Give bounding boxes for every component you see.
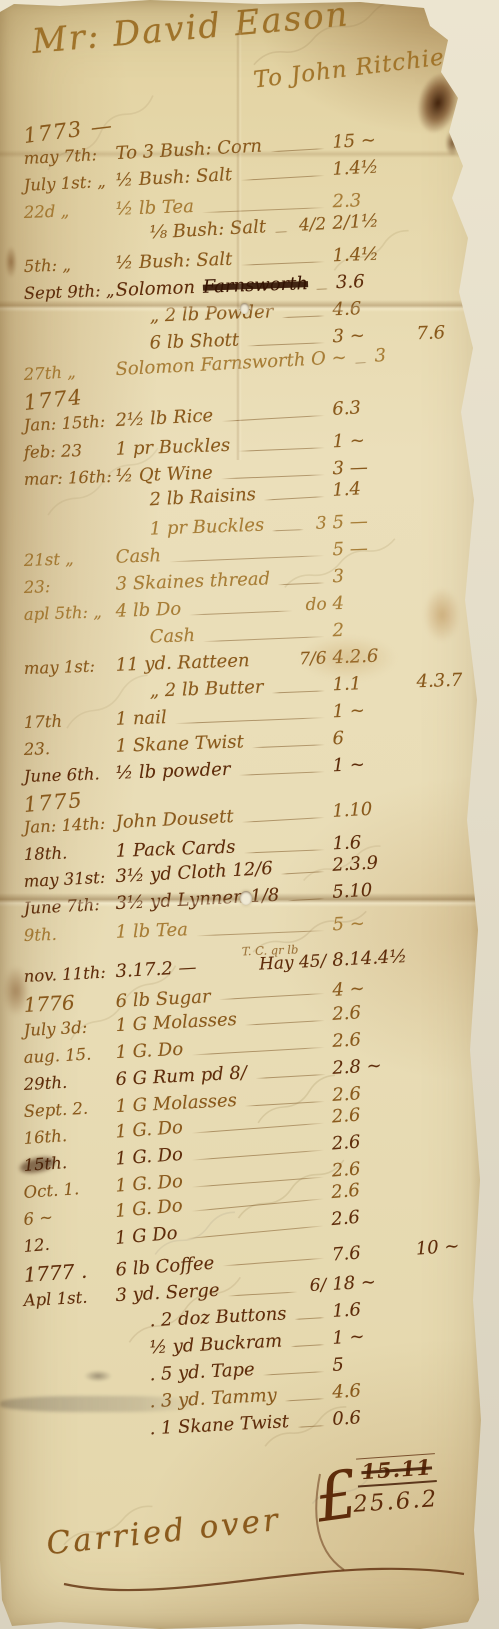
entry-amount: 1.6	[332, 1296, 417, 1321]
entry-date: may 31st:	[23, 867, 116, 891]
leader-line	[247, 342, 325, 346]
entry-date: 18th.	[23, 842, 116, 864]
leader-line	[316, 288, 328, 289]
entry-amount: 1 ~	[332, 1323, 417, 1348]
entry-description: 1 G. Do	[115, 1039, 184, 1064]
entry-amount-secondary	[417, 604, 471, 606]
entry-amount: 2/1½	[332, 208, 417, 233]
entry-amount: 1.4½	[332, 154, 417, 179]
entry-description: ½ Qt Wine	[115, 462, 213, 486]
entry-date	[24, 1382, 116, 1387]
entry-date: June 6th.	[23, 764, 116, 786]
entry-description: 3 yd. Serge	[115, 1280, 220, 1306]
leader-line	[241, 261, 325, 265]
entry-date: Oct. 1.	[23, 1177, 116, 1202]
entry-date: 15th.	[23, 1150, 116, 1175]
entry-date: aug. 15.	[23, 1043, 116, 1067]
entry-amount-secondary	[417, 469, 471, 471]
entry-description: 1 G. Do	[115, 1117, 184, 1143]
entry-date: Jan: 15th:	[23, 411, 116, 435]
entry-amount: 2.6	[332, 1026, 417, 1051]
entry-amount: 2.6	[332, 999, 417, 1024]
entry-date: 16th.	[23, 1123, 116, 1148]
entry-description: 1 G Do	[114, 1223, 178, 1249]
entry-amount-secondary	[416, 1310, 470, 1313]
ledger-content: Mr: David Eason To John Ritchie 1773 — m…	[0, 0, 499, 1614]
entry-description: 4 lb Do	[115, 599, 181, 622]
entry-amount	[332, 369, 416, 378]
entry-amount-secondary	[416, 168, 470, 171]
entry-amount-secondary	[416, 1283, 470, 1286]
entry-description: . 5 yd. Tape	[149, 1359, 255, 1385]
entry-description: Cash	[149, 625, 195, 648]
leader-line	[202, 207, 325, 213]
entry-description: 2 lb Raisins	[149, 484, 256, 511]
entry-amount: 1.4	[332, 475, 417, 500]
leader-line	[228, 1291, 298, 1296]
entry-struck-text: Farnsworth	[203, 273, 309, 298]
entry-amount-secondary	[417, 712, 471, 714]
entry-amount: 1 ~	[332, 428, 417, 452]
entry-date: 23:	[23, 575, 116, 597]
entry-date: 1777 .	[23, 1257, 116, 1287]
entry-amount: 4.6	[332, 1377, 417, 1402]
leader-line	[189, 610, 293, 615]
entry-description: To 3 Bush: Corn	[115, 136, 262, 165]
entry-date: mar: 16th:	[23, 467, 116, 489]
leader-line	[281, 315, 324, 318]
leader-line	[175, 717, 325, 724]
entry-description: 6 lb Coffee	[115, 1253, 215, 1281]
leader-line	[240, 175, 324, 181]
entry-amount-secondary	[416, 1418, 470, 1421]
scanned-ledger-page: { "palette":{ "paper":"#e8dcb2","paper_s…	[0, 0, 499, 1629]
entry-date: Sept. 2.	[23, 1097, 116, 1121]
entry-amount: 5 —	[332, 509, 417, 533]
entry-description: 1 G. Do	[114, 1195, 183, 1222]
entry-description: 1 pr Buckles	[149, 515, 264, 540]
entry-amount-secondary	[416, 1094, 470, 1097]
entry-amount: 2.3.9	[332, 850, 417, 875]
entry-description: 1 pr Buckles	[115, 435, 230, 460]
entry-amount-secondary	[417, 989, 471, 992]
entry-amount: 6	[332, 725, 417, 749]
entry-description: 1 nail	[115, 707, 167, 730]
leader-line	[297, 1425, 324, 1428]
entry-amount-secondary	[417, 442, 471, 444]
entry-amount-secondary	[416, 959, 470, 962]
entry-date: feb: 23	[23, 440, 116, 462]
entry-amount-secondary	[417, 577, 471, 579]
entry-date	[24, 350, 116, 353]
entry-price: 7/6	[299, 648, 327, 669]
entry-amount-secondary	[416, 1337, 470, 1340]
entry-amount-secondary	[416, 773, 470, 778]
entry-amount-secondary	[417, 310, 471, 312]
entry-amount-secondary	[416, 1067, 470, 1070]
entry-amount-secondary	[416, 489, 470, 492]
entry-amount-secondary	[416, 1113, 470, 1117]
entry-amount-secondary	[417, 844, 471, 846]
entry-amount: 5 —	[332, 536, 417, 560]
leader-line	[272, 690, 325, 693]
entry-description: 3.17.2 —	[115, 957, 197, 982]
leader-line	[263, 1371, 325, 1376]
entry-amount-secondary	[415, 1213, 469, 1218]
entry-amount: 1.4½	[332, 242, 417, 266]
entry-date: 22d „	[23, 200, 116, 222]
entry-price: 3	[315, 513, 327, 533]
leader-line	[219, 993, 325, 1000]
entry-amount: 1 ~	[332, 698, 417, 722]
entry-date	[24, 1355, 116, 1360]
leader-line	[191, 1123, 324, 1134]
entry-amount: 6.3	[332, 394, 417, 419]
leader-line	[252, 744, 325, 748]
entry-date: apl 5th: „	[23, 602, 116, 624]
entry-date: Jan: 14th:	[23, 813, 116, 837]
leader-line	[245, 1101, 325, 1107]
entry-amount-secondary	[416, 1140, 470, 1144]
entry-date	[24, 323, 116, 326]
entry-amount-secondary	[416, 408, 470, 411]
entry-description: 1 Pack Cards	[115, 837, 235, 862]
leader-line	[203, 636, 325, 642]
entry-amount: 4 ~	[332, 975, 417, 1000]
leader-line	[274, 231, 287, 233]
entry-amount-secondary	[420, 283, 474, 285]
ledger-entries: 1773 — may 7th: To 3 Bush: Corn 15 ~ Jul…	[24, 124, 471, 1452]
entry-amount-secondary	[415, 1186, 469, 1191]
flourish-underline	[24, 1456, 471, 1614]
leader-line	[281, 871, 325, 875]
entry-price: Hay 45/	[259, 951, 327, 974]
leader-line	[191, 1150, 324, 1161]
aged-paper-sheet: Mr: David Eason To John Ritchie 1773 — m…	[0, 0, 499, 1629]
entry-date	[24, 240, 116, 245]
leader-line	[221, 415, 324, 422]
entry-price: 4/2	[298, 214, 326, 235]
entry-date: 1776	[23, 988, 116, 1017]
entry-date: 27th „	[23, 360, 116, 384]
entry-amount: 18 ~	[332, 1269, 417, 1294]
entry-amount-secondary	[416, 864, 470, 867]
leader-line	[222, 1258, 324, 1267]
entry-amount-secondary	[417, 256, 471, 258]
entry-description: 11 yd. Ratteen	[115, 650, 249, 676]
entry-amount: 5	[332, 1350, 417, 1375]
entry-amount: 2.8 ~	[332, 1053, 417, 1078]
entry-amount-secondary	[417, 202, 471, 204]
leader-line	[295, 1317, 325, 1320]
entry-description: 6 lb Sugar	[115, 986, 211, 1012]
entry-amount: 5 ~	[332, 911, 417, 935]
entry-description: 6 lb Shott	[149, 329, 239, 353]
entry-date: 5th: „	[23, 254, 116, 276]
entry-date	[24, 1328, 116, 1333]
entry-description: ½ Bush: Salt	[115, 249, 232, 274]
entry-amount: 4	[332, 590, 417, 614]
entry-amount: 5.10	[332, 877, 417, 902]
leader-line	[245, 1020, 325, 1026]
entry-amount-secondary	[417, 658, 471, 660]
leader-line	[255, 1074, 324, 1079]
entry-amount-secondary: 10 ~	[415, 1235, 470, 1260]
entry-date: June 7th:	[23, 894, 116, 918]
entry-description: Cash	[115, 545, 161, 568]
entry-amount: 0.6	[332, 1404, 417, 1429]
entry-amount: 3.6	[336, 269, 421, 293]
entry-date: 29th.	[23, 1070, 116, 1094]
entry-date: July 1st: „	[23, 171, 116, 195]
entry-amount: 8.14.4½	[332, 945, 417, 970]
entry-price: 6/	[309, 1275, 327, 1296]
entry-amount	[332, 778, 416, 785]
entry-price: do	[305, 594, 327, 615]
entry-description: ½ lb Tea	[115, 196, 194, 220]
entry-date: nov. 11th:	[23, 962, 116, 986]
leader-line	[191, 1047, 324, 1056]
leader-line	[244, 849, 325, 853]
leader-line	[264, 496, 325, 500]
entry-amount-secondary	[416, 1013, 470, 1016]
entry-amount: 15 ~	[332, 127, 417, 152]
entry-amount: 4.6	[332, 296, 417, 320]
entry-amount-secondary	[416, 1040, 470, 1043]
leader-line	[288, 898, 325, 901]
entry-date: may 1st:	[23, 656, 116, 678]
entry-description: 3 Skaines thread	[115, 568, 270, 594]
entry-date: 9th.	[23, 923, 116, 945]
totals-block: 15.11 25.6.2 Carried over £	[24, 1456, 471, 1614]
entry-amount-secondary	[417, 523, 471, 525]
entry-description: 1 G. Do	[115, 1144, 184, 1170]
leader-line	[278, 582, 325, 585]
leader-line	[169, 555, 325, 562]
entry-amount-secondary: 4.3.7	[416, 669, 471, 692]
entry-description: Solomon	[115, 277, 195, 301]
entry-amount-secondary	[415, 88, 469, 95]
entry-date	[24, 536, 116, 539]
entry-amount: 1.1	[332, 671, 417, 695]
entry-date: 23.	[23, 737, 116, 759]
entry-description: John Dousett	[115, 806, 234, 833]
leader-line	[191, 1198, 324, 1211]
leader-line	[186, 1225, 324, 1239]
entry-date	[24, 507, 116, 512]
leader-line	[270, 148, 324, 152]
entry-amount-secondary	[417, 925, 471, 927]
entry-amount-secondary	[417, 739, 471, 741]
entry-amount: 2.6	[331, 1101, 416, 1128]
entry-date: Sept 9th: „	[23, 281, 116, 303]
leader-line	[290, 1344, 324, 1347]
entry-date	[24, 698, 116, 701]
entry-amount: 1.10	[332, 796, 417, 821]
entry-amount-secondary	[416, 891, 470, 894]
entry-amount-secondary	[416, 222, 470, 225]
entry-description: 1 lb Tea	[115, 919, 188, 943]
leader-line	[242, 817, 325, 823]
entry-date	[24, 1409, 116, 1414]
entry-amount-secondary	[416, 1364, 470, 1367]
leader-line	[238, 447, 324, 451]
entry-amount-secondary	[417, 631, 471, 633]
entry-description: 2½ lb Rice	[115, 405, 214, 431]
entry-amount-secondary	[416, 141, 470, 144]
entry-date: 21st „	[23, 548, 116, 570]
leader-line	[272, 529, 304, 531]
entry-date: may 7th:	[23, 144, 116, 168]
entry-amount-secondary	[416, 1391, 470, 1394]
entry-amount: 3	[332, 563, 417, 587]
leader-line	[196, 930, 325, 936]
entry-description: 1 G. Do	[115, 1171, 184, 1197]
entry-amount: 2.6	[331, 1128, 416, 1155]
entry-description: 1 Skane Twist	[115, 731, 244, 756]
entry-description: „ 2 lb Powder	[149, 301, 273, 326]
entry-amount-secondary	[417, 550, 471, 552]
entry-date	[24, 644, 116, 647]
leader-line	[285, 1398, 325, 1401]
entry-date	[24, 1436, 116, 1441]
entry-description: „ 2 lb Butter	[149, 677, 263, 702]
entry-amount-secondary	[415, 363, 469, 369]
entry-amount-secondary	[416, 810, 470, 813]
entry-date: July 3d:	[23, 1016, 116, 1040]
entry-date: 17th	[23, 710, 116, 732]
leader-line	[221, 474, 325, 479]
entry-amount: 4.2.6	[332, 644, 417, 668]
entry-amount: 2	[332, 617, 417, 641]
entry-date: Apl 1st.	[23, 1286, 116, 1310]
entry-amount: 7.6	[331, 1239, 416, 1266]
